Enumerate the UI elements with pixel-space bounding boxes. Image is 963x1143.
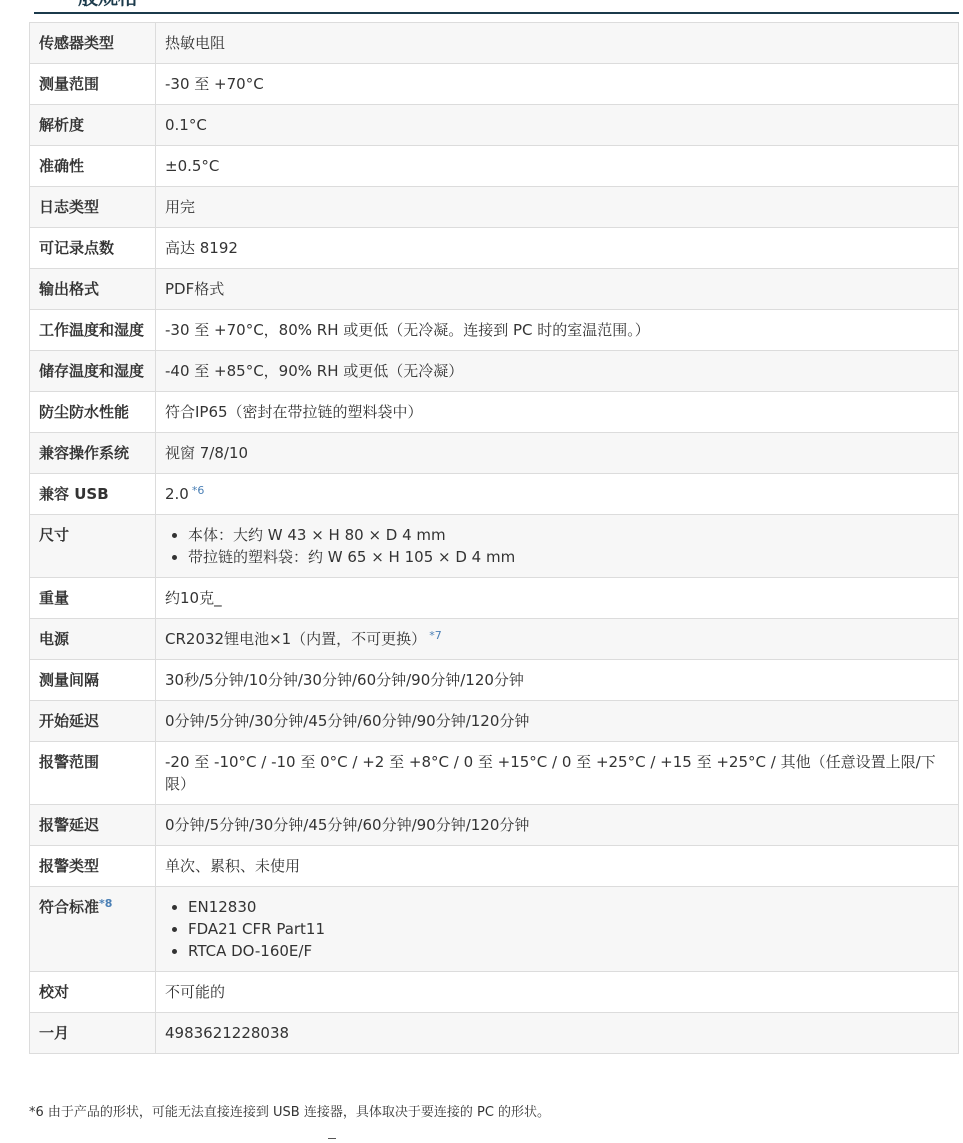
table-row: 可记录点数高达 8192 bbox=[30, 228, 959, 269]
spec-label: 防尘防水性能 bbox=[30, 392, 156, 433]
spec-value: -40 至 +85°C，90% RH 或更低（无冷凝） bbox=[156, 351, 959, 392]
spec-value: 用完 bbox=[156, 187, 959, 228]
footnote-link[interactable]: *6 bbox=[192, 484, 205, 497]
spec-label: 一月 bbox=[30, 1013, 156, 1054]
spec-label: 测量范围 bbox=[30, 64, 156, 105]
section-title: 一般规格 bbox=[58, 0, 138, 8]
spec-value: 单次、累积、未使用 bbox=[156, 846, 959, 887]
spec-label-text: 符合标准 bbox=[39, 898, 99, 916]
table-row: 电源CR2032锂电池×1（内置，不可更换）*7 bbox=[30, 619, 959, 660]
table-row: 开始延迟0分钟/5分钟/30分钟/45分钟/60分钟/90分钟/120分钟 bbox=[30, 701, 959, 742]
spec-value: 热敏电阻 bbox=[156, 23, 959, 64]
spec-value: 符合IP65（密封在带拉链的塑料袋中） bbox=[156, 392, 959, 433]
spec-value: -20 至 -10°C / -10 至 0°C / +2 至 +8°C / 0 … bbox=[156, 742, 959, 805]
spec-value-text: CR2032锂电池×1（内置，不可更换） bbox=[165, 630, 426, 648]
spec-label: 可记录点数 bbox=[30, 228, 156, 269]
spec-value: 0分钟/5分钟/30分钟/45分钟/60分钟/90分钟/120分钟 bbox=[156, 805, 959, 846]
spec-value: -30 至 +70°C bbox=[156, 64, 959, 105]
spec-label: 校对 bbox=[30, 972, 156, 1013]
spec-label: 解析度 bbox=[30, 105, 156, 146]
spec-label: 输出格式 bbox=[30, 269, 156, 310]
spec-value: 本体：大约 W 43 × H 80 × D 4 mm 带拉链的塑料袋：约 W 6… bbox=[156, 515, 959, 578]
spec-value: -30 至 +70°C，80% RH 或更低（无冷凝。连接到 PC 时的室温范围… bbox=[156, 310, 959, 351]
spec-label: 重量 bbox=[30, 578, 156, 619]
table-row: 校对不可能的 bbox=[30, 972, 959, 1013]
dimension-list: 本体：大约 W 43 × H 80 × D 4 mm 带拉链的塑料袋：约 W 6… bbox=[165, 524, 949, 568]
table-row: 测量间隔30秒/5分钟/10分钟/30分钟/60分钟/90分钟/120分钟 bbox=[30, 660, 959, 701]
spec-label: 准确性 bbox=[30, 146, 156, 187]
spec-value: 约10克_ bbox=[156, 578, 959, 619]
table-row: 报警类型单次、累积、未使用 bbox=[30, 846, 959, 887]
spec-value: 不可能的 bbox=[156, 972, 959, 1013]
list-item: 本体：大约 W 43 × H 80 × D 4 mm bbox=[188, 524, 949, 546]
table-row: 传感器类型热敏电阻 bbox=[30, 23, 959, 64]
spec-value: 30秒/5分钟/10分钟/30分钟/60分钟/90分钟/120分钟 bbox=[156, 660, 959, 701]
spec-label: 工作温度和湿度 bbox=[30, 310, 156, 351]
spec-value: 0.1°C bbox=[156, 105, 959, 146]
spec-label: 兼容 USB bbox=[30, 474, 156, 515]
footnote-link[interactable]: *7 bbox=[429, 629, 442, 642]
spec-label: 兼容操作系统 bbox=[30, 433, 156, 474]
footnote-6: *6 由于产品的形状，可能无法直接连接到 USB 连接器，具体取决于要连接的 P… bbox=[29, 1101, 550, 1120]
table-row: 尺寸 本体：大约 W 43 × H 80 × D 4 mm 带拉链的塑料袋：约 … bbox=[30, 515, 959, 578]
table-row: 准确性±0.5°C bbox=[30, 146, 959, 187]
list-item: FDA21 CFR Part11 bbox=[188, 918, 949, 940]
table-row: 解析度0.1°C bbox=[30, 105, 959, 146]
spec-value: 2.0*6 bbox=[156, 474, 959, 515]
spec-label: 电源 bbox=[30, 619, 156, 660]
table-row: 防尘防水性能符合IP65（密封在带拉链的塑料袋中） bbox=[30, 392, 959, 433]
spec-value: PDF格式 bbox=[156, 269, 959, 310]
footnote-link[interactable]: *8 bbox=[99, 897, 112, 910]
table-row: 重量约10克_ bbox=[30, 578, 959, 619]
spec-value: EN12830 FDA21 CFR Part11 RTCA DO-160E/F bbox=[156, 887, 959, 972]
spec-label: 储存温度和湿度 bbox=[30, 351, 156, 392]
spec-label: 开始延迟 bbox=[30, 701, 156, 742]
spec-value: 4983621228038 bbox=[156, 1013, 959, 1054]
standards-list: EN12830 FDA21 CFR Part11 RTCA DO-160E/F bbox=[165, 896, 949, 962]
spec-label: 传感器类型 bbox=[30, 23, 156, 64]
divider bbox=[328, 1138, 336, 1139]
spec-value: 高达 8192 bbox=[156, 228, 959, 269]
spec-value: ±0.5°C bbox=[156, 146, 959, 187]
spec-table: 传感器类型热敏电阻 测量范围-30 至 +70°C 解析度0.1°C 准确性±0… bbox=[29, 22, 959, 1054]
table-row: 一月4983621228038 bbox=[30, 1013, 959, 1054]
section-heading-bar: 一般规格 bbox=[34, 0, 959, 14]
spec-value: 视窗 7/8/10 bbox=[156, 433, 959, 474]
table-row: 测量范围-30 至 +70°C bbox=[30, 64, 959, 105]
spec-label: 尺寸 bbox=[30, 515, 156, 578]
spec-value: 0分钟/5分钟/30分钟/45分钟/60分钟/90分钟/120分钟 bbox=[156, 701, 959, 742]
table-row: 兼容操作系统视窗 7/8/10 bbox=[30, 433, 959, 474]
list-item: EN12830 bbox=[188, 896, 949, 918]
table-row: 符合标准*8 EN12830 FDA21 CFR Part11 RTCA DO-… bbox=[30, 887, 959, 972]
table-row: 储存温度和湿度-40 至 +85°C，90% RH 或更低（无冷凝） bbox=[30, 351, 959, 392]
spec-label: 日志类型 bbox=[30, 187, 156, 228]
list-item: RTCA DO-160E/F bbox=[188, 940, 949, 962]
spec-label: 报警类型 bbox=[30, 846, 156, 887]
spec-value-text: 2.0 bbox=[165, 485, 189, 503]
table-row: 输出格式PDF格式 bbox=[30, 269, 959, 310]
spec-label: 符合标准*8 bbox=[30, 887, 156, 972]
list-item: 带拉链的塑料袋：约 W 65 × H 105 × D 4 mm bbox=[188, 546, 949, 568]
table-row: 日志类型用完 bbox=[30, 187, 959, 228]
spec-label: 测量间隔 bbox=[30, 660, 156, 701]
table-row: 报警延迟0分钟/5分钟/30分钟/45分钟/60分钟/90分钟/120分钟 bbox=[30, 805, 959, 846]
spec-label: 报警延迟 bbox=[30, 805, 156, 846]
spec-value: CR2032锂电池×1（内置，不可更换）*7 bbox=[156, 619, 959, 660]
table-row: 兼容 USB2.0*6 bbox=[30, 474, 959, 515]
table-row: 报警范围-20 至 -10°C / -10 至 0°C / +2 至 +8°C … bbox=[30, 742, 959, 805]
spec-label: 报警范围 bbox=[30, 742, 156, 805]
table-row: 工作温度和湿度-30 至 +70°C，80% RH 或更低（无冷凝。连接到 PC… bbox=[30, 310, 959, 351]
